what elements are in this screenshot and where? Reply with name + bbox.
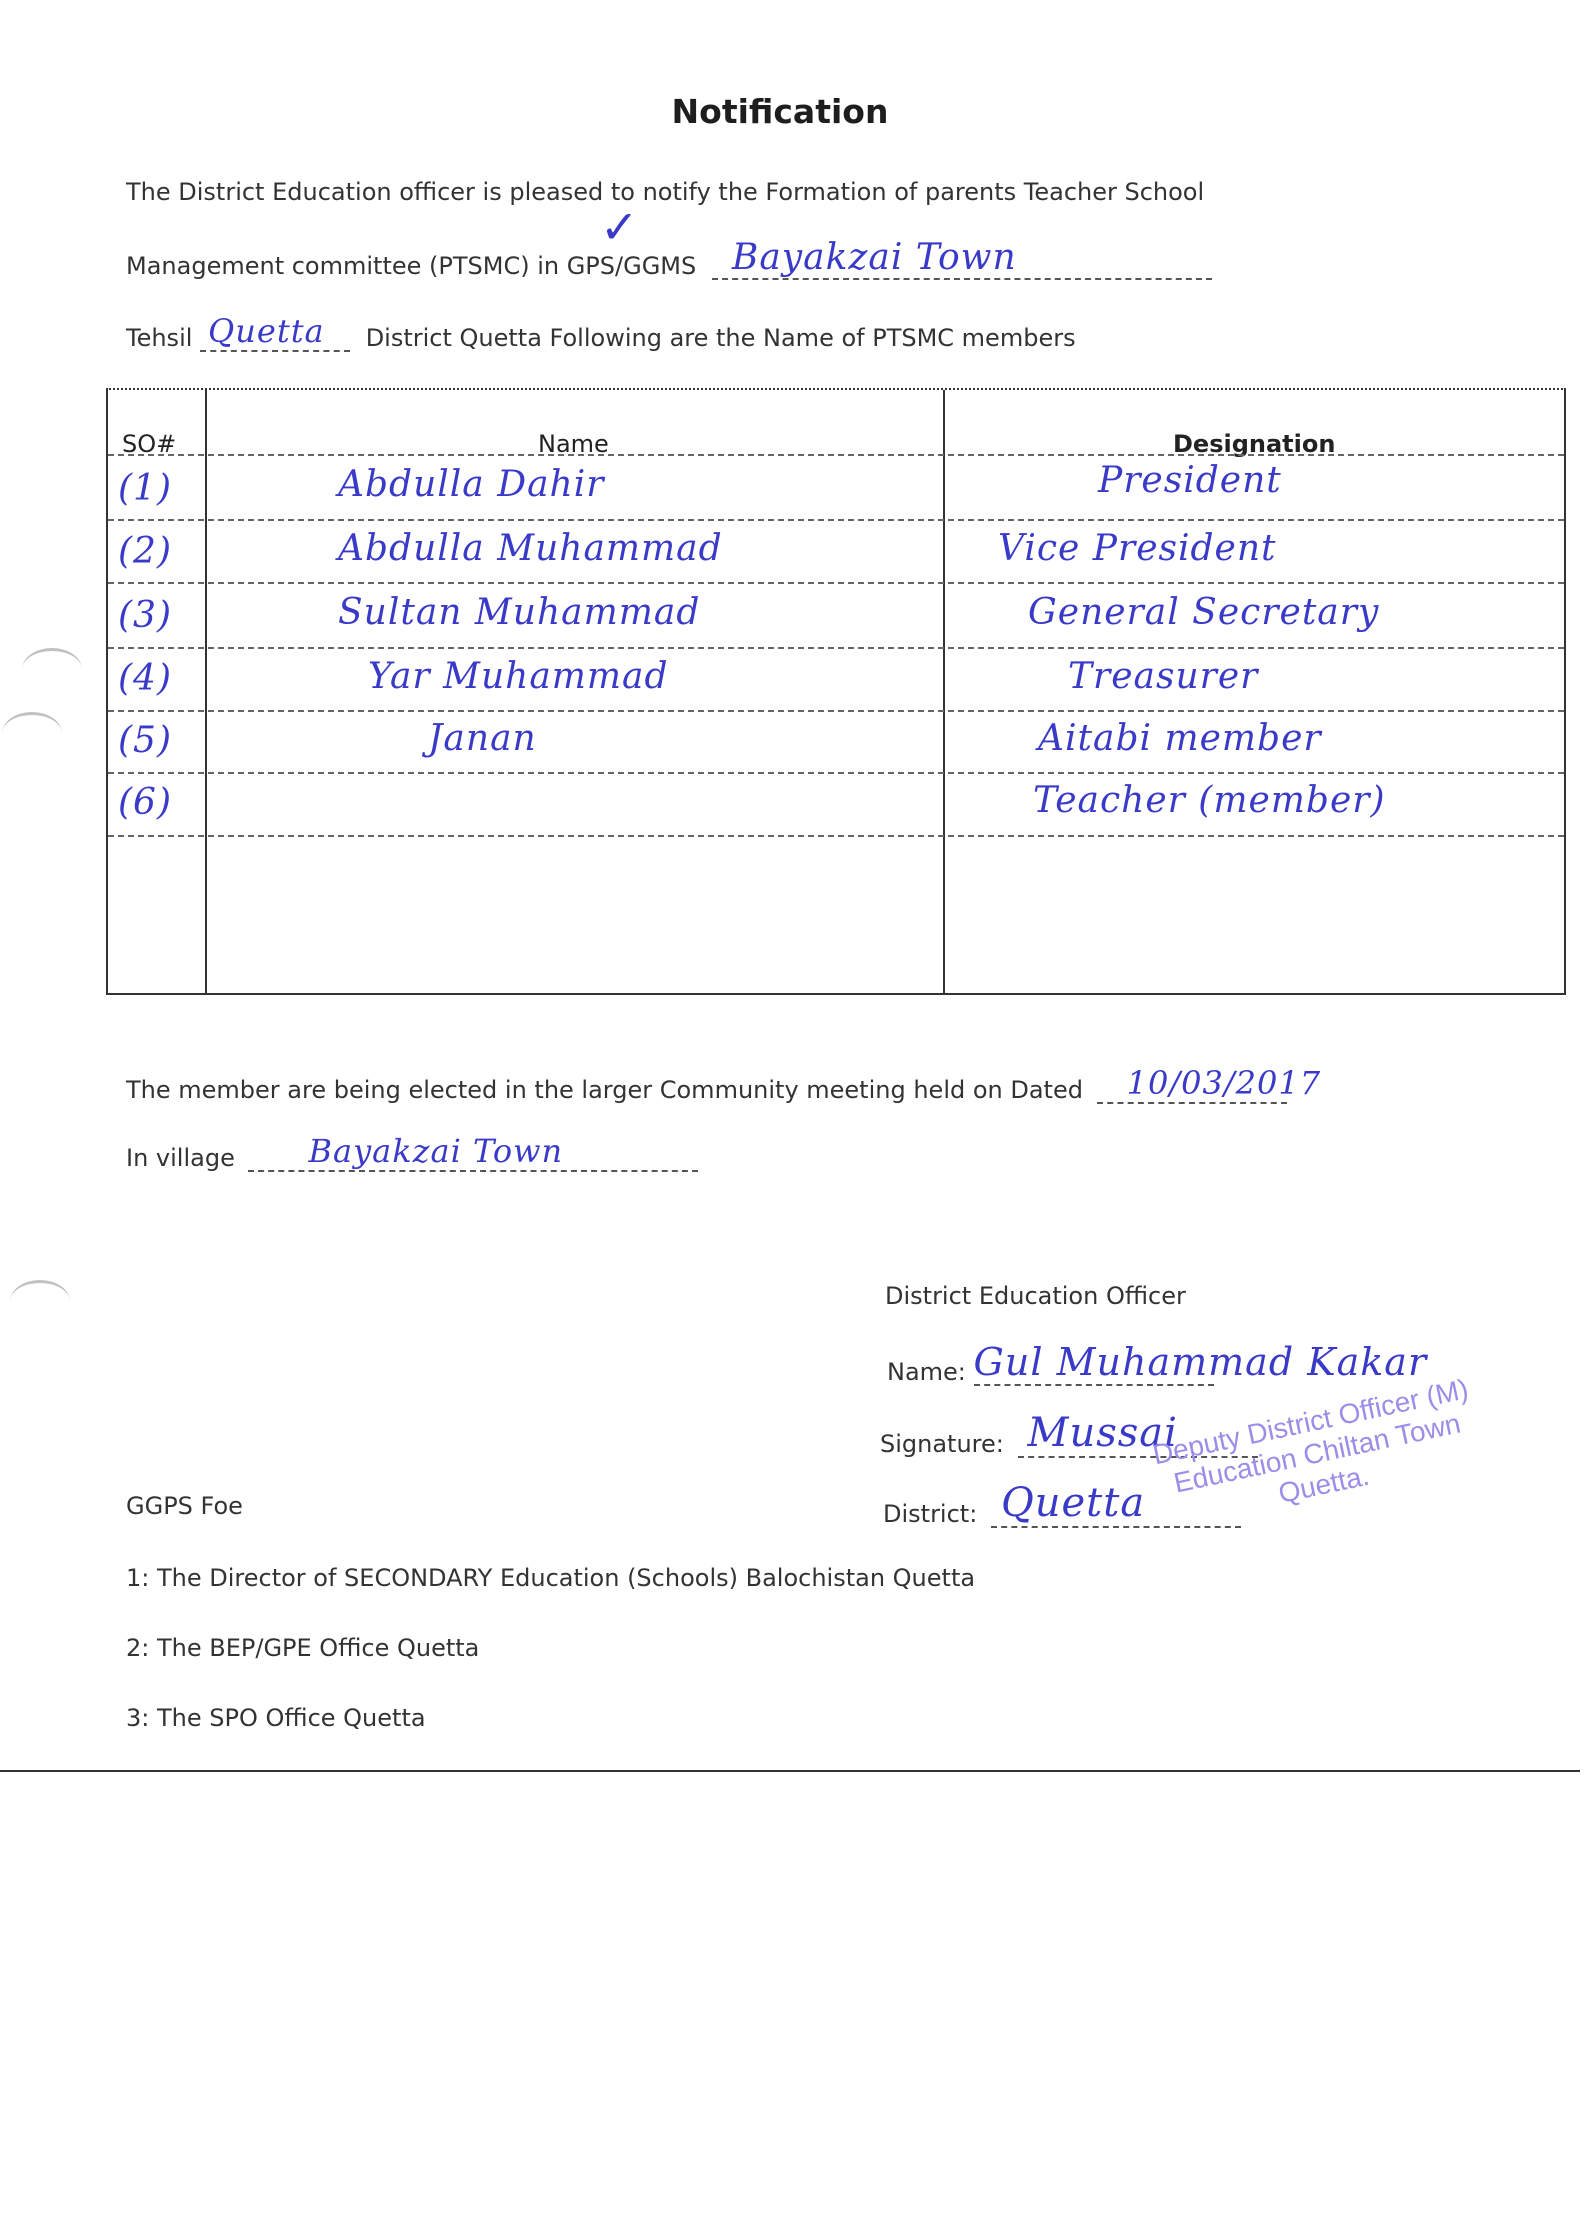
row-designation: President — [1098, 460, 1282, 501]
distribution-heading: GGPS Foe — [126, 1492, 243, 1520]
intro-line-2: Management committee (PTSMC) in GPS/GGMS… — [126, 248, 1212, 280]
school-name-handwritten: Bayakzai Town — [732, 237, 1017, 278]
row-serial: (3) — [118, 595, 172, 636]
village-handwritten: Bayakzai Town — [308, 1132, 563, 1170]
row-serial: (6) — [118, 782, 172, 823]
row-designation: General Secretary — [1028, 592, 1379, 633]
row-name: Abdulla Dahir — [338, 464, 604, 505]
village-line: In village Bayakzai Town — [126, 1140, 698, 1172]
intro-line-3: Tehsil Quetta District Quetta Following … — [126, 320, 1076, 352]
row-serial: (5) — [118, 720, 172, 761]
column-divider — [205, 390, 207, 993]
intro-line-3-text: District Quetta Following are the Name o… — [366, 324, 1076, 352]
date-field: 10/03/2017 — [1097, 1072, 1287, 1104]
members-table: SO# Name Designation (1) Abdulla Dahir P… — [106, 388, 1566, 995]
tehsil-label: Tehsil — [126, 324, 192, 352]
punch-hole-mark — [22, 648, 82, 691]
row-name: Abdulla Muhammad — [338, 528, 723, 569]
district-label: District: — [883, 1500, 977, 1528]
column-divider — [943, 390, 945, 993]
election-line: The member are being elected in the larg… — [126, 1072, 1287, 1104]
row-divider — [108, 454, 1564, 456]
page-title: Notification — [0, 92, 1560, 131]
row-designation: Treasurer — [1068, 656, 1258, 697]
official-stamp: Deputy District Officer (M) Education Ch… — [1150, 1373, 1485, 1534]
village-label: In village — [126, 1144, 235, 1172]
row-name: Yar Muhammad — [368, 656, 669, 697]
row-divider — [108, 772, 1564, 774]
row-divider — [108, 519, 1564, 521]
school-name-field: Bayakzai Town — [712, 248, 1212, 280]
row-designation: Vice President — [998, 528, 1277, 569]
row-name: Janan — [428, 718, 537, 759]
row-serial: (1) — [118, 468, 172, 509]
punch-hole-mark — [2, 712, 62, 755]
distribution-item: 3: The SPO Office Quetta — [126, 1704, 426, 1732]
intro-line-1: The District Education officer is please… — [126, 178, 1204, 206]
row-divider — [108, 710, 1564, 712]
tehsil-handwritten: Quetta — [208, 312, 325, 350]
row-serial: (2) — [118, 531, 172, 572]
row-divider — [108, 835, 1564, 837]
officer-heading: District Education Officer — [885, 1282, 1186, 1310]
signature-label: Signature: — [880, 1430, 1004, 1458]
village-field: Bayakzai Town — [248, 1140, 698, 1172]
date-handwritten: 10/03/2017 — [1127, 1064, 1321, 1102]
tehsil-field: Quetta — [200, 320, 350, 352]
punch-hole-mark — [10, 1280, 70, 1323]
row-divider — [108, 582, 1564, 584]
intro-line-2-text: Management committee (PTSMC) in GPS/GGMS — [126, 252, 696, 280]
officer-name-line: Name: Gul Muhammad Kakar — [887, 1354, 1214, 1386]
row-designation: Aitabi member — [1038, 718, 1322, 759]
name-field: Gul Muhammad Kakar — [974, 1354, 1214, 1386]
distribution-item: 1: The Director of SECONDARY Education (… — [126, 1564, 975, 1592]
row-divider — [108, 647, 1564, 649]
row-serial: (4) — [118, 658, 172, 699]
distribution-item: 2: The BEP/GPE Office Quetta — [126, 1634, 479, 1662]
district-handwritten: Quetta — [1001, 1480, 1145, 1526]
name-label: Name: — [887, 1358, 966, 1386]
checkmark-icon: ✓ — [600, 200, 639, 254]
election-text: The member are being elected in the larg… — [126, 1076, 1083, 1104]
row-designation: Teacher (member) — [1033, 780, 1386, 821]
name-handwritten: Gul Muhammad Kakar — [974, 1340, 1428, 1384]
bottom-rule — [0, 1770, 1580, 1772]
row-name: Sultan Muhammad — [338, 592, 700, 633]
